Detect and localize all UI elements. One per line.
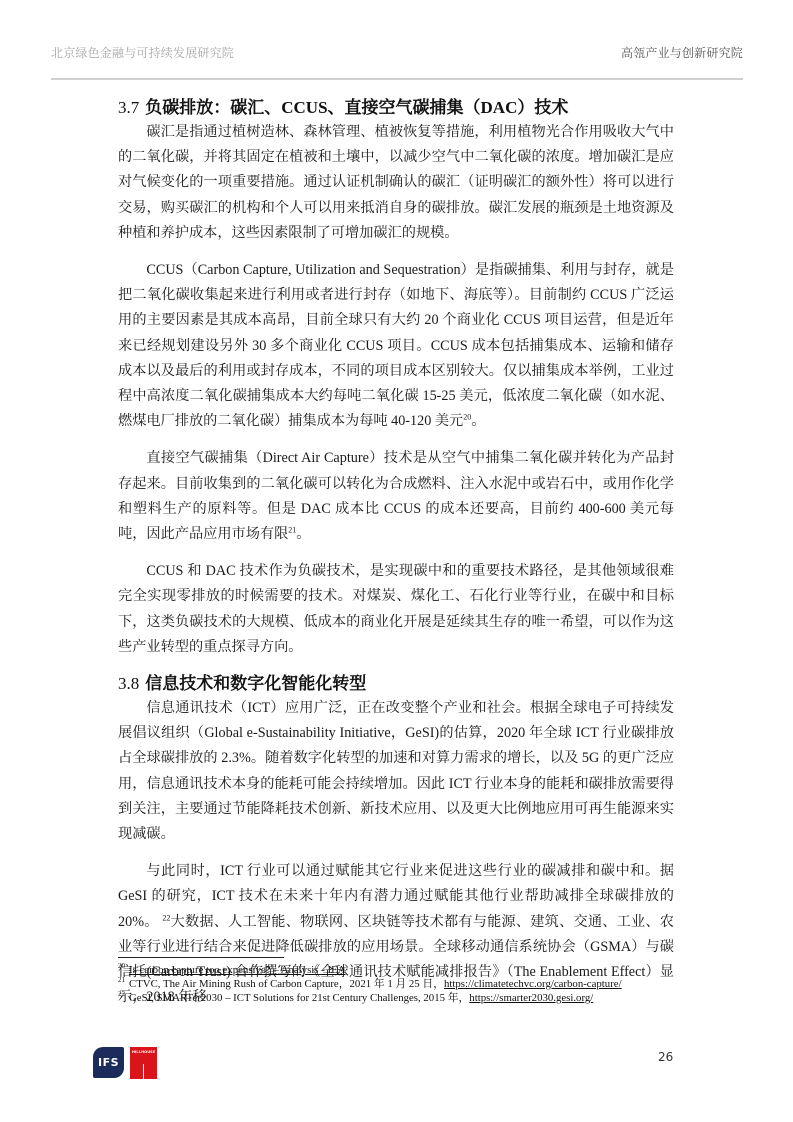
footnote-link[interactable]: https://smarter2030.gesi.org/ <box>469 992 593 1004</box>
section-heading-3-8: 3.8信息技术和数字化智能化转型 <box>118 672 674 696</box>
paragraph: 碳汇是指通过植树造林、森林管理、植被恢复等措施，利用植物光合作用吸收大气中的二氧… <box>118 120 674 246</box>
header-divider <box>51 78 743 80</box>
header-institute-left: 北京绿色金融与可持续发展研究院 <box>51 44 234 61</box>
section-title: 信息技术和数字化智能化转型 <box>145 674 366 693</box>
footnote-link[interactable]: https://climatetechvc.org/carbon-capture… <box>444 978 622 990</box>
section-title: 负碳排放：碳汇、CCUS、直接空气碳捕集（DAC）技术 <box>145 98 568 117</box>
section-heading-3-7: 3.7负碳排放：碳汇、CCUS、直接空气碳捕集（DAC）技术 <box>118 96 674 120</box>
hillhouse-logo-mark <box>143 1064 144 1079</box>
footnotes: 20Is carbon capture too expensive? – Ana… <box>118 963 678 1005</box>
page-header: 北京绿色金融与可持续发展研究院 高瓴产业与创新研究院 <box>51 44 472 64</box>
footnote-22: 22GeSI, SMARTer2030 – ICT Solutions for … <box>118 991 678 1005</box>
footnote-link[interactable]: Is carbon capture too expensive? – Analy… <box>129 964 345 976</box>
ifs-logo: IFS <box>93 1047 124 1078</box>
paragraph: CCUS（Carbon Capture, Utilization and Seq… <box>118 258 674 434</box>
footnote-divider <box>118 957 284 958</box>
paragraph: 信息通讯技术（ICT）应用广泛，正在改变整个产业和社会。根据全球电子可持续发展倡… <box>118 696 674 847</box>
hillhouse-logo: HILLHOUSE <box>130 1047 157 1079</box>
footnote-20: 20Is carbon capture too expensive? – Ana… <box>118 963 678 977</box>
paragraph: 直接空气碳捕集（Direct Air Capture）技术是从空气中捕集二氧化碳… <box>118 446 674 547</box>
page-number: 26 <box>658 1050 673 1064</box>
paragraph: CCUS 和 DAC 技术作为负碳技术，是实现碳中和的重要技术路径，是其他领域很… <box>118 559 674 660</box>
header-institute-right: 高瓴产业与创新研究院 <box>621 44 743 61</box>
footnote-21: 21CTVC, The Air Mining Rush of Carbon Ca… <box>118 977 678 991</box>
section-number: 3.7 <box>118 98 139 117</box>
section-number: 3.8 <box>118 674 139 693</box>
main-content: 3.7负碳排放：碳汇、CCUS、直接空气碳捕集（DAC）技术 碳汇是指通过植树造… <box>118 96 674 1011</box>
